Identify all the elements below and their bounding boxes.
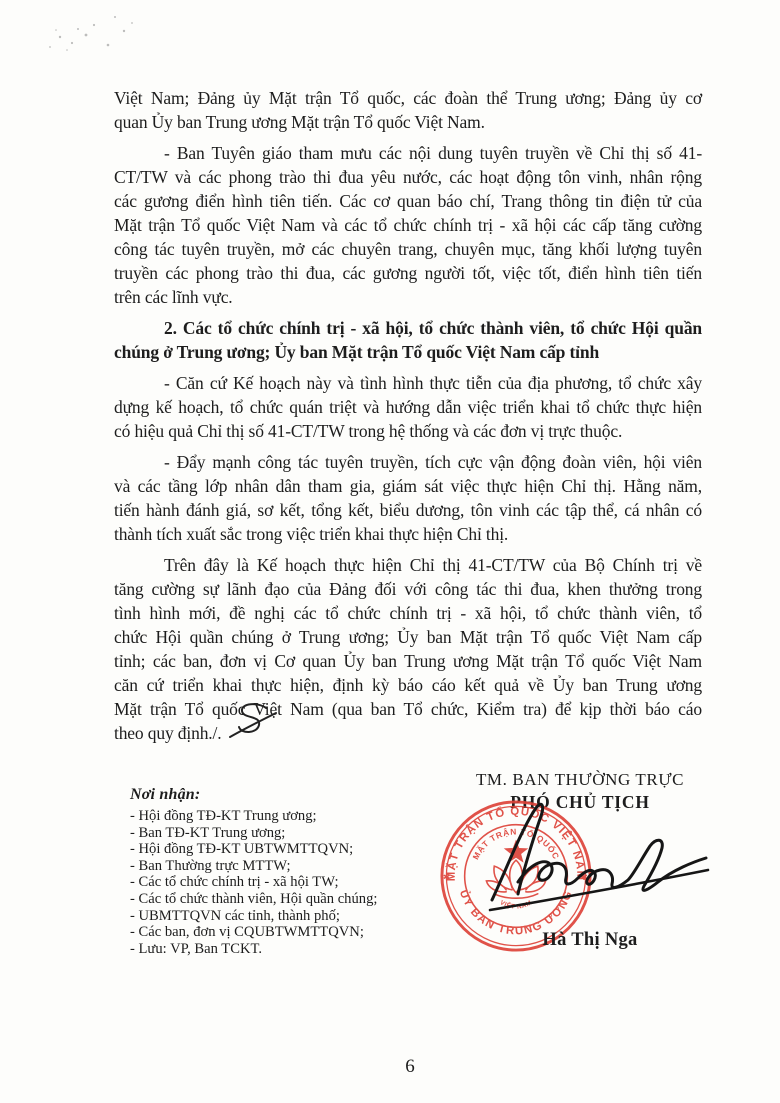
recipients-list: - Hội đồng TĐ-KT Trung ương;- Ban TĐ-KT … bbox=[130, 808, 460, 957]
document-page: Việt Nam; Đảng ủy Mặt trận Tổ quốc, các … bbox=[0, 0, 780, 1103]
text-line: công tác tuyên truyền, mở các chuyên tra… bbox=[114, 237, 702, 261]
signer-name: Hà Thị Nga bbox=[450, 930, 730, 951]
text-line: căn cứ triển khai thực hiện, định kỳ báo… bbox=[114, 673, 702, 697]
text-line: truyền các phong trào thi đua, các gương… bbox=[114, 261, 702, 285]
recipient-item: - Lưu: VP, Ban TCKT. bbox=[130, 941, 460, 958]
body-paragraph: - Căn cứ Kế hoạch này và tình hình thực … bbox=[114, 371, 702, 443]
text-line: CT/TW và các phong trào thi đua yêu nước… bbox=[114, 165, 702, 189]
document-body: Việt Nam; Đảng ủy Mặt trận Tổ quốc, các … bbox=[114, 86, 702, 752]
text-line: tình hình mới, đề nghị các tổ chức chính… bbox=[114, 601, 702, 625]
text-line: chúng ở Trung ương; Ủy ban Mặt trận Tổ q… bbox=[114, 340, 702, 364]
text-line: theo quy định./. bbox=[114, 721, 702, 745]
body-paragraph: Việt Nam; Đảng ủy Mặt trận Tổ quốc, các … bbox=[114, 86, 702, 134]
text-line: - Đẩy mạnh công tác tuyên truyền, tích c… bbox=[114, 450, 702, 474]
text-line: tăng cường sự lãnh đạo của Đảng đối với … bbox=[114, 577, 702, 601]
text-line: các gương điển hình tiên tiến. Các cơ qu… bbox=[114, 189, 702, 213]
text-line: Mặt trận Tổ quốc Việt Nam (qua ban Tổ ch… bbox=[114, 697, 702, 721]
section-heading: 2. Các tổ chức chính trị - xã hội, tổ ch… bbox=[114, 316, 702, 364]
recipient-item: - Các ban, đơn vị CQUBTWMTTQVN; bbox=[130, 924, 460, 941]
stamp-star-separator-left: ✱ bbox=[443, 872, 450, 882]
text-line: chức Hội quần chúng ở Trung ương; Ủy ban… bbox=[114, 625, 702, 649]
text-line: Trên đây là Kế hoạch thực hiện Chỉ thị 4… bbox=[114, 553, 702, 577]
text-line: thành tích xuất sắc trong việc triển kha… bbox=[114, 522, 702, 546]
text-line: - Căn cứ Kế hoạch này và tình hình thực … bbox=[114, 371, 702, 395]
recipient-item: - Ban TĐ-KT Trung ương; bbox=[130, 825, 460, 842]
text-line: trên các lĩnh vực. bbox=[114, 285, 702, 309]
recipient-item: - Hội đồng TĐ-KT UBTWMTTQVN; bbox=[130, 841, 460, 858]
text-line: tỉnh; các ban, đơn vị Cơ quan Ủy ban Tru… bbox=[114, 649, 702, 673]
text-line: 2. Các tổ chức chính trị - xã hội, tổ ch… bbox=[114, 316, 702, 340]
text-line: quan Ủy ban Trung ương Mặt trận Tổ quốc … bbox=[114, 110, 702, 134]
body-paragraph: - Ban Tuyên giáo tham mưu các nội dung t… bbox=[114, 141, 702, 309]
signature-ink bbox=[478, 798, 718, 916]
text-line: tiến hành đánh giá, sơ kết, tổng kết, bi… bbox=[114, 498, 702, 522]
scan-speckle-marks bbox=[20, 5, 170, 75]
page-number: 6 bbox=[30, 1056, 780, 1078]
text-line: có hiệu quả Chỉ thị số 41-CT/TW trong hệ… bbox=[114, 419, 702, 443]
body-paragraph: - Đẩy mạnh công tác tuyên truyền, tích c… bbox=[114, 450, 702, 546]
recipient-item: - Ban Thường trực MTTW; bbox=[130, 858, 460, 875]
signing-authority: TM. BAN THƯỜNG TRỰC bbox=[410, 770, 750, 790]
text-line: - Ban Tuyên giáo tham mưu các nội dung t… bbox=[114, 141, 702, 165]
handwritten-paraph-icon bbox=[226, 701, 280, 745]
text-line: Việt Nam; Đảng ủy Mặt trận Tổ quốc, các … bbox=[114, 86, 702, 110]
text-line: dựng kế hoạch, tổ chức quán triệt và hướ… bbox=[114, 395, 702, 419]
text-line: Mặt trận Tổ quốc Việt Nam và các tổ chức… bbox=[114, 213, 702, 237]
body-paragraph: Trên đây là Kế hoạch thực hiện Chỉ thị 4… bbox=[114, 553, 702, 745]
recipient-item: - UBMTTQVN các tỉnh, thành phố; bbox=[130, 908, 460, 925]
recipient-item: - Các tổ chức chính trị - xã hội TW; bbox=[130, 874, 460, 891]
text-line: và các tầng lớp nhân dân tham gia, giám … bbox=[114, 474, 702, 498]
recipient-item: - Các tổ chức thành viên, Hội quần chúng… bbox=[130, 891, 460, 908]
